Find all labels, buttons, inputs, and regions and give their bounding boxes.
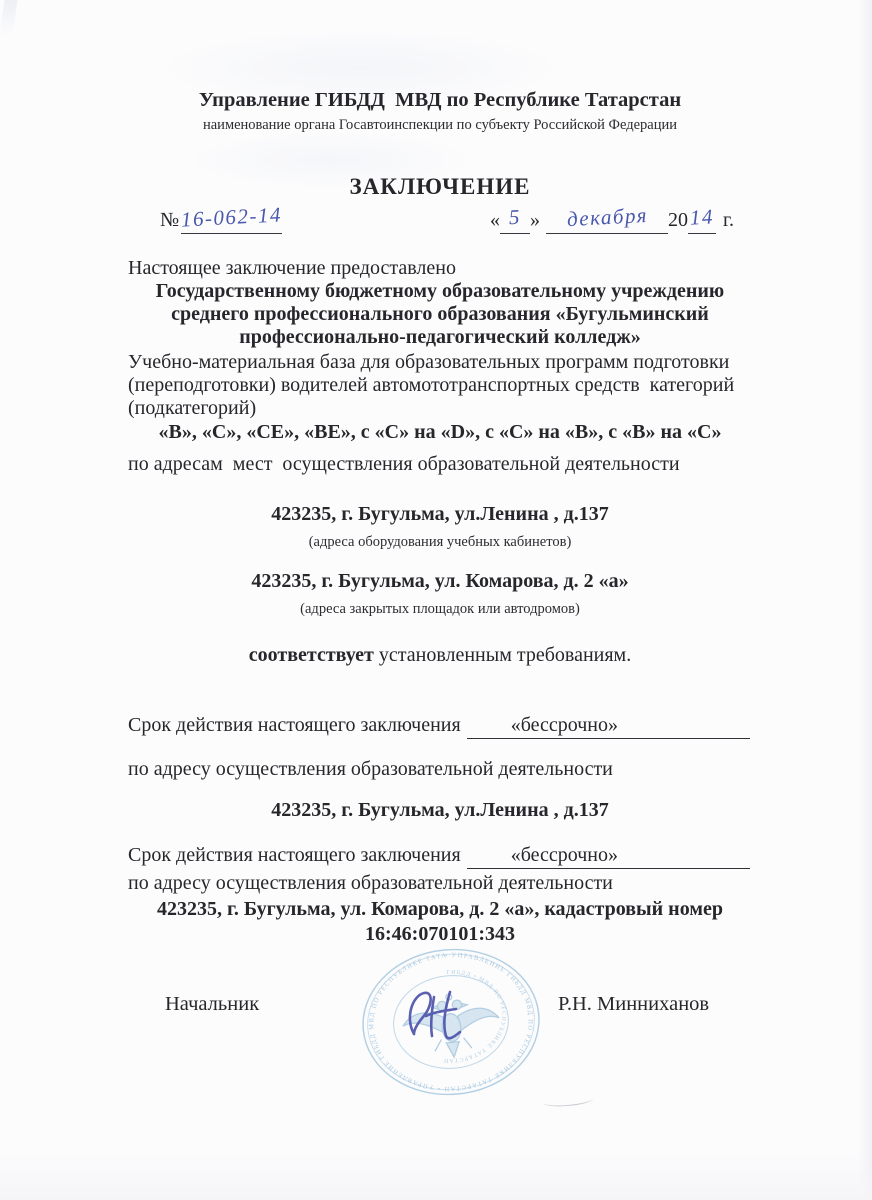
validity-label: Срок действия настоящего заключения [128,844,461,867]
month-blank-line: декабря [546,206,668,234]
validity-blank-line: «бессрочно» [467,842,750,869]
document-number: №16-062-14 [160,206,282,234]
month-value-handwritten: декабря [566,202,648,232]
activity-address-intro-1: по адресу осуществления образовательной … [128,757,752,781]
driving-range-address: 423235, г. Бугульма, ул. Комарова, д. 2 … [128,569,752,593]
year-prefix: 20 [668,209,688,232]
signatory-name: Р.Н. Минниханов [558,993,709,1016]
day-value-handwritten: 5 [508,204,521,231]
year-value-handwritten: 14 [689,203,714,230]
validity-label: Срок действия настоящего заключения [128,714,461,737]
recipient-name-line-3: профессионально-педагогический колледж» [128,325,752,349]
recipient-name-line-1: Государственному бюджетному образователь… [128,279,752,303]
issuing-authority-name: Управление ГИБДД МВД по Республике Татар… [128,88,752,112]
validity-value: «бессрочно» [511,844,618,866]
conformity-rest: установленным требованиям. [374,644,631,666]
vehicle-categories: «В», «С», «СЕ», «ВЕ», с «С» на «D», с «С… [128,420,752,444]
training-base-line-1: Учебно-материальная база для образовател… [128,350,752,374]
document-title: ЗАКЛЮЧЕНИЕ [128,175,752,199]
year-blank-line: 14 [688,206,716,234]
number-sign: № [160,209,179,232]
scan-artifact [858,0,872,1200]
number-blank-line: 16-062-14 [181,206,282,234]
day-blank-line: 5 [500,206,530,234]
intro-text: Настоящее заключение предоставлено [128,256,752,280]
validity-term-2: Срок действия настоящего заключения «бес… [128,842,750,869]
activity-address-intro-2: по адресу осуществления образовательной … [128,871,752,895]
year-suffix: г. [723,209,734,232]
document-date: «5»декабря2014г. [490,206,734,234]
validity-term-1: Срок действия настоящего заключения «бес… [128,712,750,739]
scan-pencil-mark [543,1093,594,1108]
classrooms-address-caption: (адреса оборудования учебных кабинетов) [128,530,752,554]
scan-artifact [0,0,18,36]
classrooms-address: 423235, г. Бугульма, ул.Ленина , д.137 [128,502,752,526]
activity-address-1: 423235, г. Бугульма, ул.Ленина , д.137 [128,798,752,822]
addresses-intro: по адресам мест осуществления образовате… [128,452,752,476]
scan-artifact [0,1150,872,1200]
training-base-line-3: (подкатегорий) [128,396,752,420]
validity-value: «бессрочно» [511,714,618,736]
activity-address-2: 423235, г. Бугульма, ул. Комарова, д. 2 … [128,897,752,921]
conformity-statement: соответствует установленным требованиям. [128,643,752,667]
quote-close: » [530,209,540,232]
number-date-row: №16-062-14 «5»декабря2014г. [160,206,734,234]
cadastral-number: 16:46:070101:343 [128,922,752,946]
driving-range-address-caption: (адреса закрытых площадок или автодромов… [128,597,752,621]
signatory-title: Начальник [165,993,259,1016]
signature-scribble [402,982,478,1046]
recipient-name-line-2: среднего профессионального образования «… [128,302,752,326]
training-base-line-2: (переподготовки) водителей автомототранс… [128,373,752,397]
conformity-verdict: соответствует [249,644,374,666]
scanned-document-page: Управление ГИБДД МВД по Республике Татар… [0,0,872,1200]
issuing-authority-caption: наименование органа Госавтоинспекции по … [128,113,752,137]
validity-blank-line: «бессрочно» [467,712,750,739]
number-value-handwritten: 16-062-14 [180,201,282,232]
quote-open: « [490,209,500,232]
